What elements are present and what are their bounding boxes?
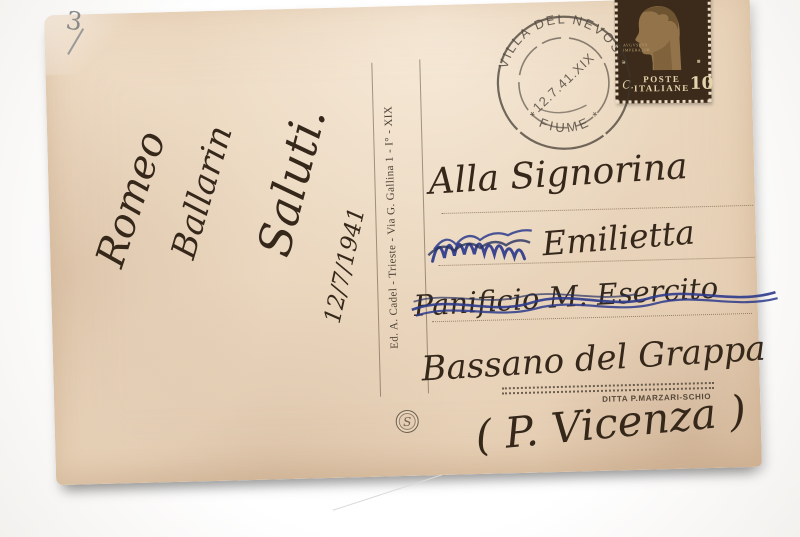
postmark-place: VILLA DEL NEVOSO <box>494 10 631 71</box>
address-town: Bassano del Grappa <box>420 329 766 390</box>
publisher-imprint: Ed. A. Cadel - Trieste - Via G. Gallina … <box>381 62 402 392</box>
stamp-value: 10 <box>690 74 714 94</box>
scanned-postcard: 3 Romeo Ballarin Saluti. 12/7/1941 Ed. A… <box>44 0 762 485</box>
emblem-monogram: S <box>403 414 412 428</box>
publisher-logo-icon: S <box>395 410 419 434</box>
addressee-name: Emilietta <box>541 212 696 263</box>
address-rule-1 <box>441 205 753 214</box>
message-date: 12/7/1941 <box>310 160 381 372</box>
divider-line-right <box>419 59 429 393</box>
postmark-date: 12.7.41.XIX <box>530 50 598 115</box>
postmark-cancel: VILLA DEL NEVOSO * FIUME * 12.7.41.XIX <box>478 0 650 169</box>
obliterated-word-scribble <box>424 222 545 275</box>
divider-line-left <box>371 63 381 397</box>
scanner-scratch-line <box>333 474 443 510</box>
